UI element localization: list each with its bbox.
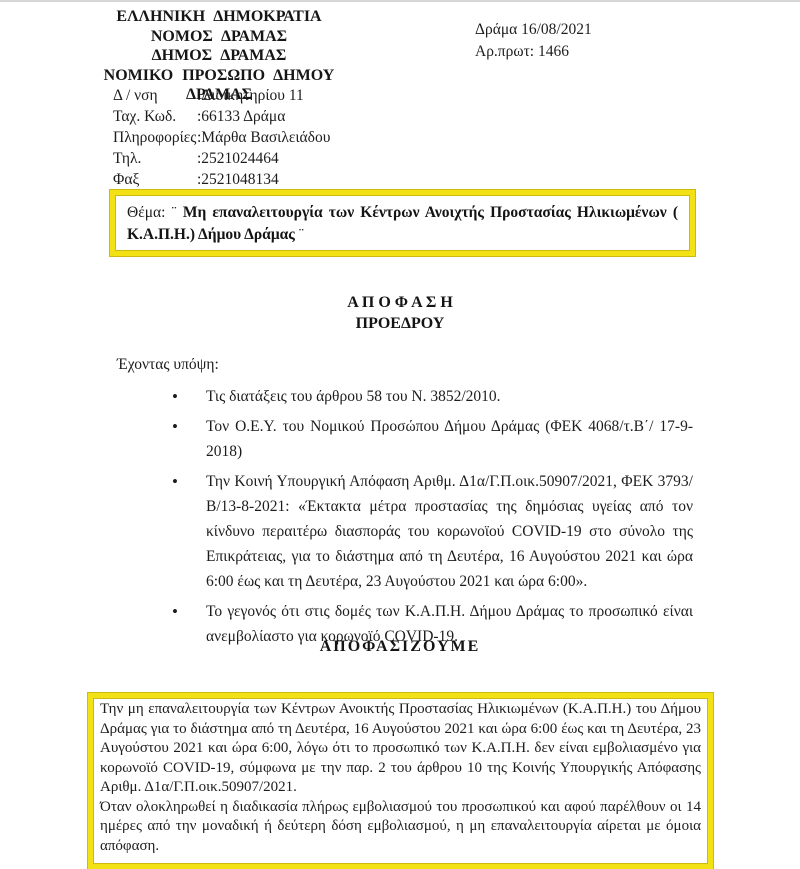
detail-row-address: Δ / νση :Διοικητηρίου 11 bbox=[113, 85, 330, 106]
detail-value: :66133 Δράμα bbox=[197, 106, 285, 127]
document-page: ΕΛΛΗΝΙΚΗ ΔΗΜΟΚΡΑΤΙΑ ΝΟΜΟΣ ΔΡΑΜΑΣ ΔΗΜΟΣ Δ… bbox=[0, 0, 800, 869]
decision-title: Α Π Ο Φ Α Σ Η bbox=[0, 292, 800, 313]
subject-highlight-box: Θέμα: ¨ Μη επαναλειτουργία των Κέντρων Α… bbox=[110, 190, 695, 256]
detail-row-information: Πληροφορίες :Μάρθα Βασιλειάδου bbox=[113, 127, 330, 148]
detail-row-telephone: Τηλ. :2521024464 bbox=[113, 148, 330, 169]
decision-subtitle: ΠΡΟΕΔΡΟΥ bbox=[0, 313, 800, 334]
subject-label: Θέμα: ¨ bbox=[127, 204, 183, 221]
detail-label: Τηλ. bbox=[113, 148, 197, 169]
having-regard-label: Έχοντας υπόψη: bbox=[117, 356, 219, 374]
consideration-item: Τις διατάξεις του άρθρου 58 του Ν. 3852/… bbox=[170, 384, 693, 409]
protocol-number-line: Αρ.πρωτ: 1466 bbox=[475, 41, 592, 63]
decision-paragraph-2: Όταν ολοκληρωθεί η διαδικασία πλήρως εμβ… bbox=[100, 798, 701, 857]
contact-details-block: Δ / νση :Διοικητηρίου 11 Ταχ. Κωδ. :6613… bbox=[113, 85, 330, 190]
detail-row-fax: Φαξ :2521048134 bbox=[113, 169, 330, 190]
considerations-list: Τις διατάξεις του άρθρου 58 του Ν. 3852/… bbox=[170, 384, 693, 654]
subject-close-quote: ¨ bbox=[295, 226, 304, 243]
org-line-prefecture: ΝΟΜΟΣ ΔΡΑΜΑΣ bbox=[68, 27, 370, 47]
date-protocol-block: Δράμα 16/08/2021 Αρ.πρωτ: 1466 bbox=[475, 19, 592, 63]
org-line-republic: ΕΛΛΗΝΙΚΗ ΔΗΜΟΚΡΑΤΙΑ bbox=[68, 7, 370, 27]
decide-heading: ΑΠΟΦΑΣΙΖΟΥΜΕ bbox=[0, 638, 800, 656]
decision-title-block: Α Π Ο Φ Α Σ Η ΠΡΟΕΔΡΟΥ bbox=[0, 292, 800, 334]
decision-highlight-box: Την μη επαναλειτουργία των Κέντρων Ανοικ… bbox=[88, 693, 713, 869]
detail-value: :Μάρθα Βασιλειάδου bbox=[197, 127, 330, 148]
consideration-item: Τον Ο.Ε.Υ. του Νομικού Προσώπου Δήμου Δρ… bbox=[170, 414, 693, 464]
place-date-line: Δράμα 16/08/2021 bbox=[475, 19, 592, 41]
scan-artifact-line bbox=[0, 0, 800, 2]
detail-label: Ταχ. Κωδ. bbox=[113, 106, 197, 127]
org-line-municipality: ΔΗΜΟΣ ΔΡΑΜΑΣ bbox=[68, 46, 370, 66]
detail-label: Δ / νση bbox=[113, 85, 197, 106]
decision-paragraph-1: Την μη επαναλειτουργία των Κέντρων Ανοικ… bbox=[100, 700, 701, 798]
subject-text: Μη επαναλειτουργία των Κέντρων Ανοιχτής … bbox=[127, 204, 678, 243]
detail-label: Πληροφορίες bbox=[113, 127, 197, 148]
detail-value: :Διοικητηρίου 11 bbox=[197, 85, 304, 106]
consideration-item: Την Κοινή Υπουργική Απόφαση Αριθμ. Δ1α/Γ… bbox=[170, 469, 693, 594]
detail-value: :2521048134 bbox=[197, 169, 279, 190]
detail-row-postal-code: Ταχ. Κωδ. :66133 Δράμα bbox=[113, 106, 330, 127]
detail-label: Φαξ bbox=[113, 169, 197, 190]
detail-value: :2521024464 bbox=[197, 148, 279, 169]
